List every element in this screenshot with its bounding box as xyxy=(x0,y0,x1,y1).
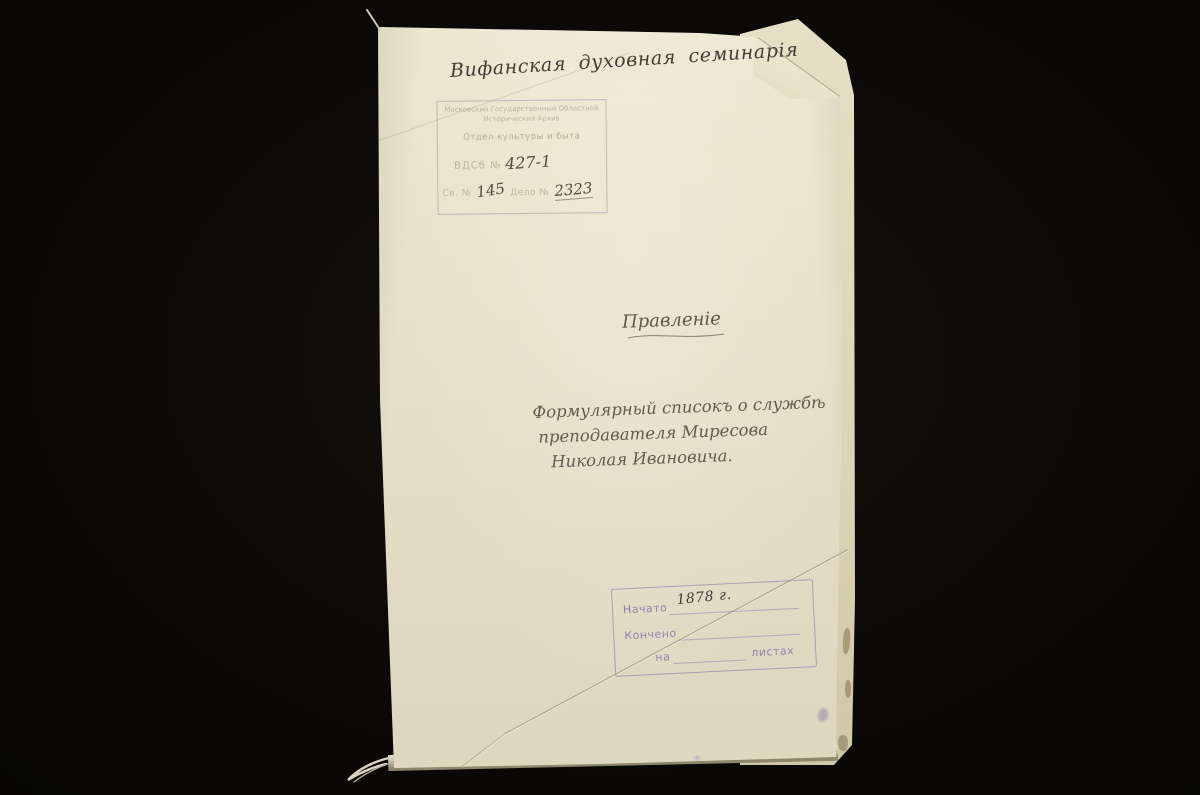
archive-stamp: Московский Государственный Областной Ист… xyxy=(436,99,607,215)
date-stamp-box: Начато 1878 г. Кончено на листах xyxy=(611,579,817,677)
archive-stamp-org-line2: Исторический Архив xyxy=(438,114,606,124)
edge-stain xyxy=(838,735,848,751)
underline-flourish xyxy=(626,330,730,342)
case-number-handwriting: 2323 xyxy=(554,179,594,201)
binding-thread-top xyxy=(358,8,388,34)
sheets-label: листах xyxy=(751,644,794,659)
ink-smudge xyxy=(694,756,700,760)
ended-rule xyxy=(679,634,801,641)
bundle-label: Св. № xyxy=(442,189,471,199)
started-year-handwriting: 1878 г. xyxy=(676,587,732,608)
ended-label: Кончено xyxy=(624,627,677,643)
photo-background: Вифанская духовная семинарія Московский … xyxy=(0,0,1200,795)
edge-stain xyxy=(845,680,851,698)
subject-handwriting: Формулярный списокъ о службѣ преподавате… xyxy=(532,390,828,475)
bundle-number-handwriting: 145 xyxy=(475,179,506,201)
archive-stamp-org-line1: Московский Государственный Областной xyxy=(437,104,605,114)
started-label: Начато xyxy=(623,601,668,616)
fond-label: ВДСб № xyxy=(454,160,502,171)
archive-stamp-dept-line: Отдел культуры и быта xyxy=(438,131,606,143)
binding-thread xyxy=(342,745,408,793)
sheets-rule xyxy=(674,659,746,664)
fond-number-handwriting: 427-1 xyxy=(505,152,552,174)
case-label: Дело № xyxy=(510,188,549,198)
